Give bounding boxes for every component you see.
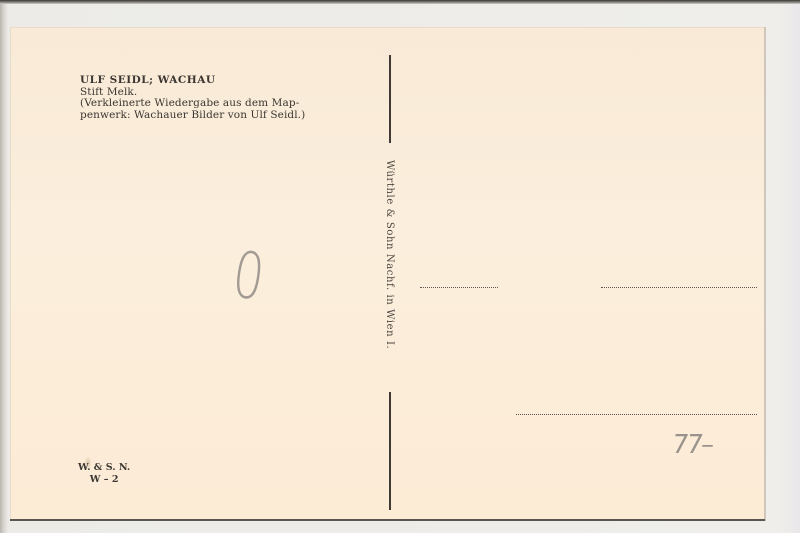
- center-divider-bottom: [389, 392, 391, 510]
- publisher-mark-line-1: W. & S. N.: [78, 462, 130, 474]
- publisher-mark-line-2: W – 2: [78, 474, 130, 486]
- address-line-2: [516, 414, 757, 415]
- caption-title: ULF SEIDL; WACHAU: [80, 75, 305, 87]
- card-right-edge: [764, 27, 766, 521]
- address-line-1b: [601, 287, 757, 288]
- scan-top-edge: [0, 0, 800, 4]
- caption-line-4: penwerk: Wachauer Bilder von Ulf Seidl.): [80, 110, 305, 122]
- handwritten-price: 77–: [670, 430, 714, 460]
- address-line-1a: [420, 287, 498, 288]
- publisher-mark: W. & S. N. W – 2: [78, 462, 130, 486]
- card-bottom-edge: [10, 519, 765, 521]
- center-divider-top: [389, 55, 391, 143]
- artwork-caption: ULF SEIDL; WACHAU Stift Melk. (Verkleine…: [80, 75, 305, 121]
- scanned-postcard-back: ULF SEIDL; WACHAU Stift Melk. (Verkleine…: [0, 0, 800, 533]
- publisher-vertical-text: Würthle & Sohn Nachf. in Wien I.: [381, 160, 397, 385]
- caption-line-3: (Verkleinerte Wiedergabe aus dem Map-: [80, 98, 305, 110]
